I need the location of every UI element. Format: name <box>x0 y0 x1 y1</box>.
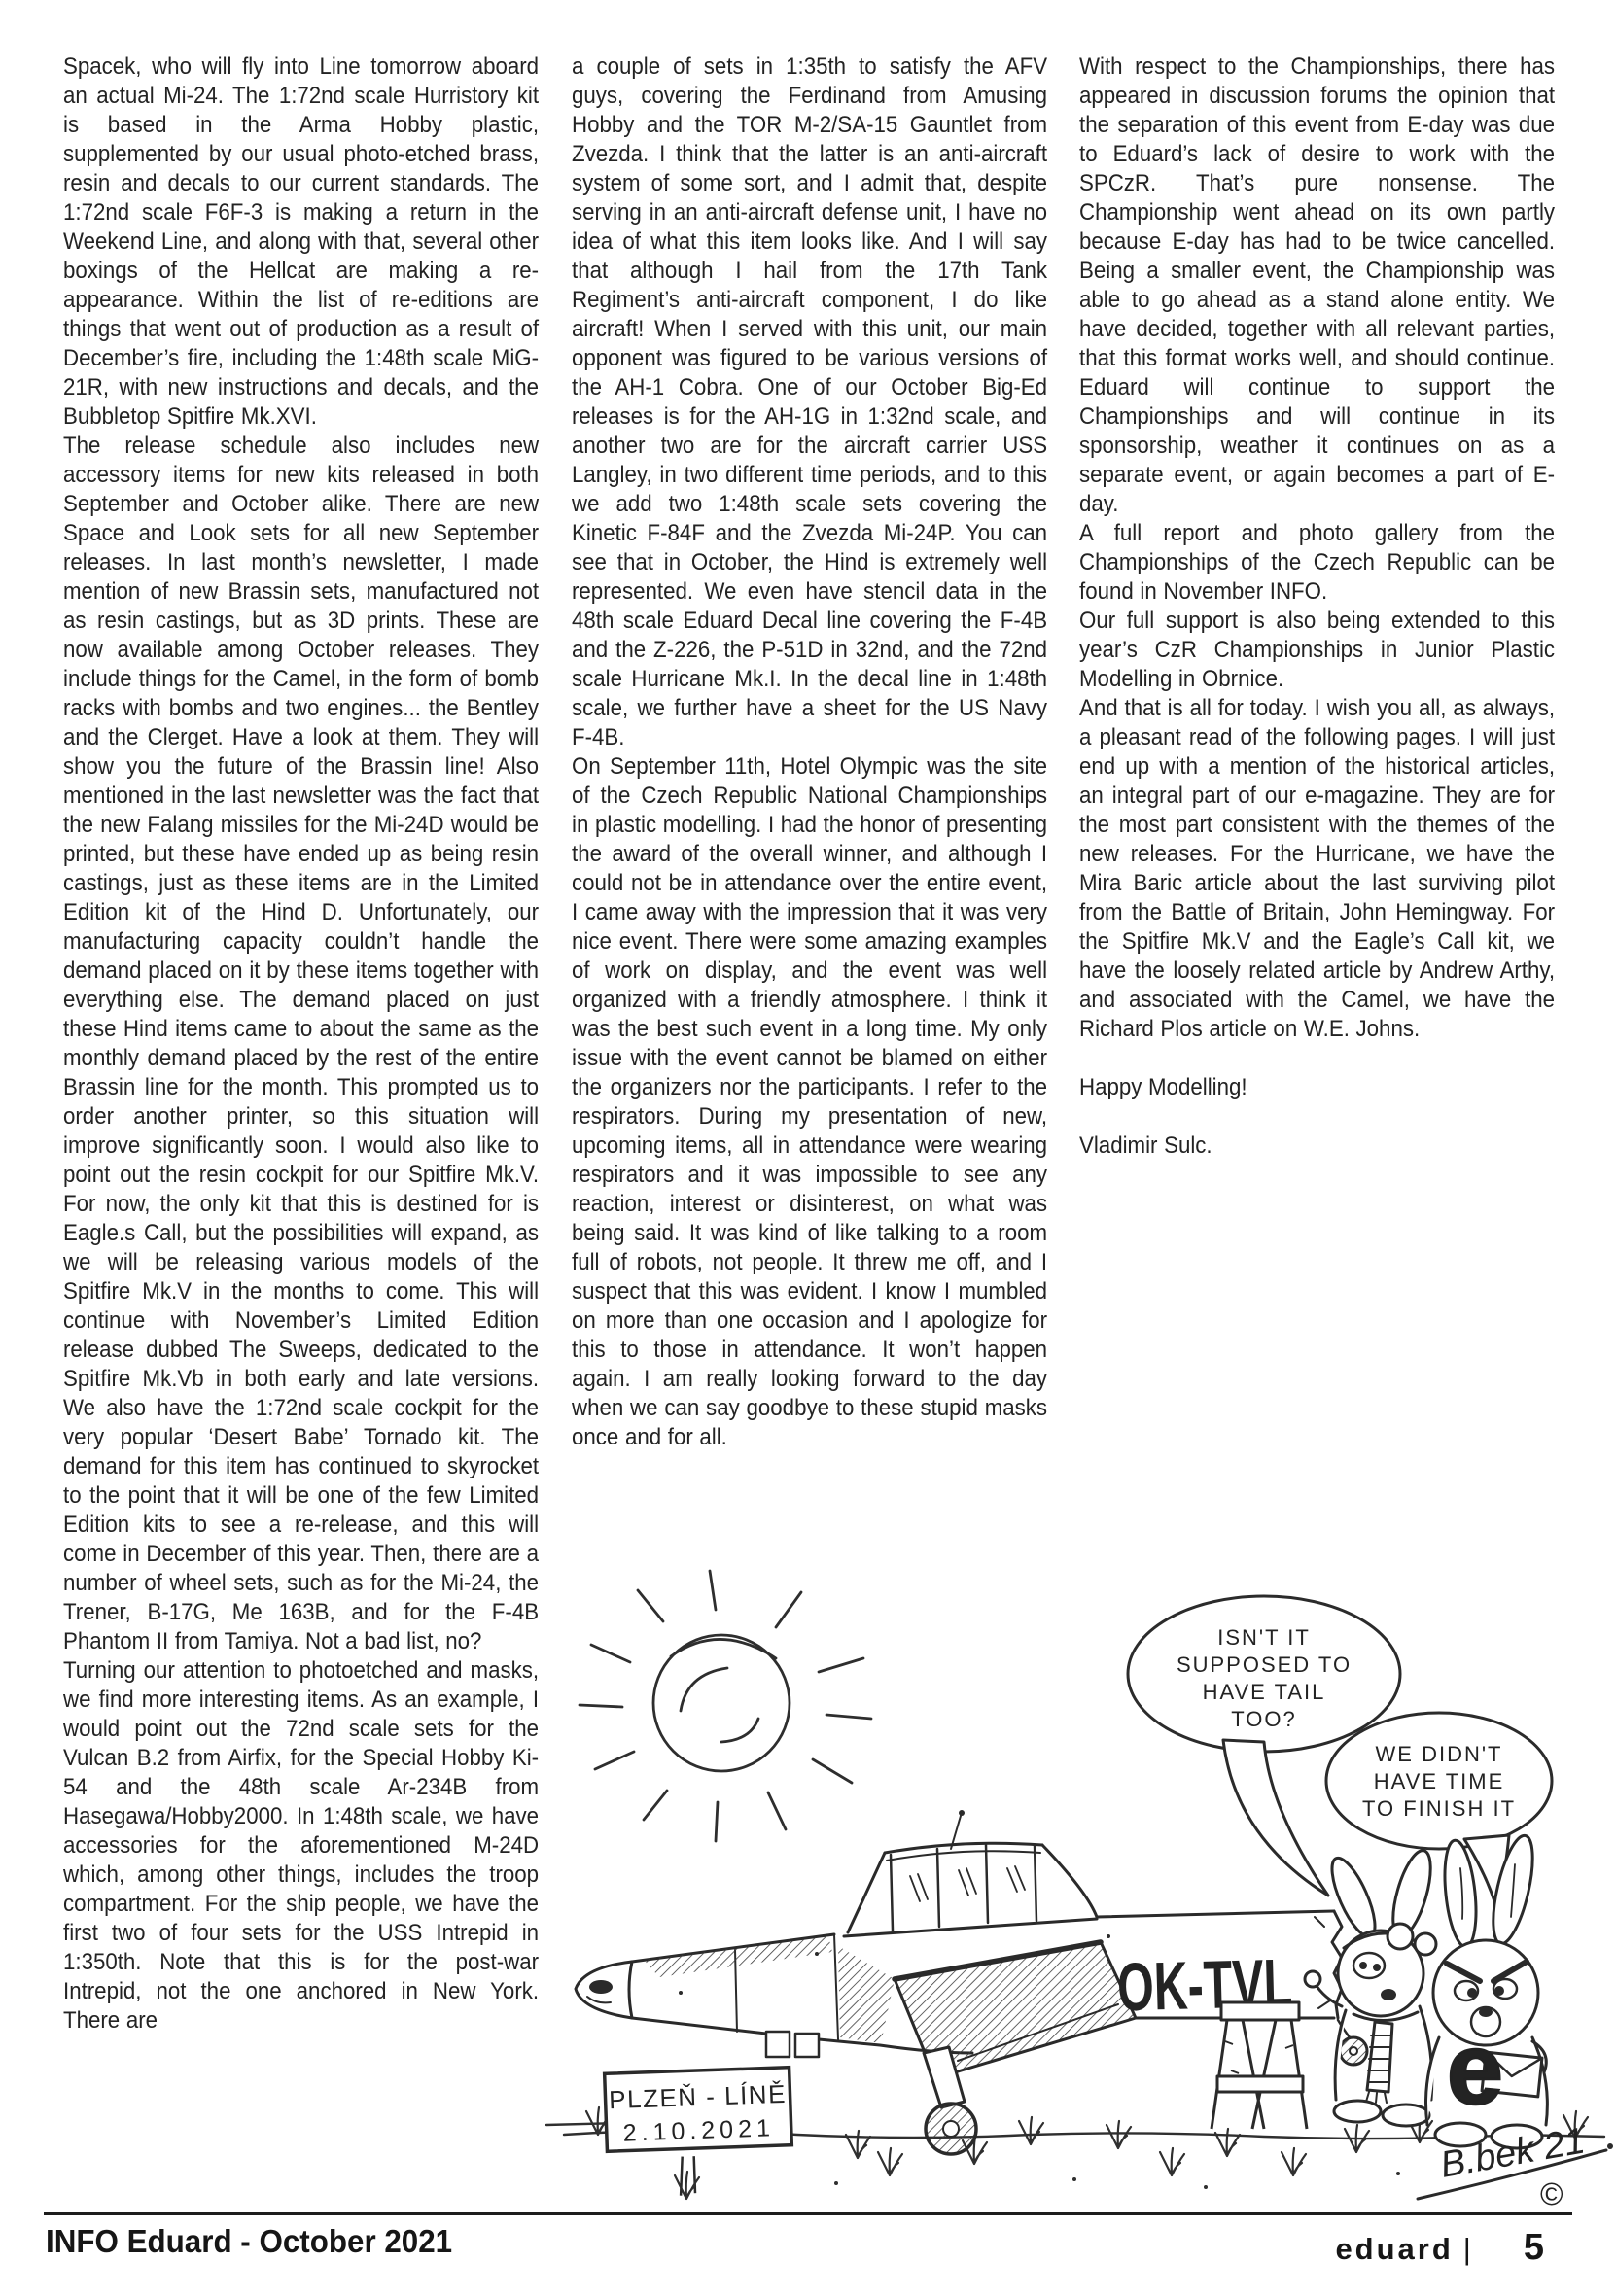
sign-location-text: PLZEŇ - LÍNĚ <box>609 2079 788 2114</box>
bubble-left-line3: HAVE TAIL <box>1203 1680 1326 1704</box>
body-paragraph: Turning our attention to photoetched and… <box>63 1656 539 2035</box>
body-paragraph: On September 11th, Hotel Olympic was the… <box>572 752 1047 1452</box>
footer-issue-title: INFO Eduard - October 2021 <box>46 2223 452 2260</box>
body-paragraph: The release schedule also includes new a… <box>63 432 539 1656</box>
eduard-logo-letter: e <box>1447 2013 1503 2126</box>
body-paragraph: With respect to the Championships, there… <box>1079 52 1555 519</box>
sun-sketch <box>580 1571 871 1841</box>
body-paragraph: A full report and photo gallery from the… <box>1079 519 1555 607</box>
text-column-3: With respect to the Championships, there… <box>1079 52 1592 1161</box>
body-paragraph: And that is all for today. I wish you al… <box>1079 694 1555 1044</box>
copyright-icon: © <box>1540 2176 1563 2211</box>
footer-separator: | <box>1463 2232 1471 2267</box>
body-paragraph: Our full support is also being extended … <box>1079 607 1555 694</box>
bubble-right-line2: HAVE TIME <box>1374 1769 1505 1793</box>
cartoon-illustration: ISN'T IT SUPPOSED TO HAVE TAIL TOO? WE D… <box>545 1551 1616 2212</box>
author-signature-line: Vladimir Sulc. <box>1079 1131 1555 1161</box>
bubble-left-line4: TOO? <box>1231 1707 1297 1731</box>
bubble-left-line1: ISN'T IT <box>1217 1625 1311 1650</box>
bubble-right-line3: TO FINISH IT <box>1362 1796 1516 1821</box>
page-number: 5 <box>1524 2227 1544 2269</box>
body-paragraph: Spacek, who will fly into Line tomorrow … <box>63 52 539 432</box>
text-column-1: Spacek, who will fly into Line tomorrow … <box>63 52 576 2035</box>
eduard-wordmark: eduard <box>1335 2232 1453 2267</box>
bubble-left-line2: SUPPOSED TO <box>1177 1652 1352 1677</box>
sign-date-text: 2.10.2021 <box>622 2114 775 2146</box>
footer-brand-block: eduard | 5 <box>1335 2227 1544 2269</box>
body-paragraph: a couple of sets in 1:35th to satisfy th… <box>572 52 1047 752</box>
trestle-stand <box>1212 2002 1307 2129</box>
bubble-right-line1: WE DIDN'T <box>1376 1742 1503 1766</box>
magazine-page: Spacek, who will fly into Line tomorrow … <box>0 0 1616 2296</box>
text-column-2: a couple of sets in 1:35th to satisfy th… <box>572 52 1084 1452</box>
closing-line: Happy Modelling! <box>1079 1073 1555 1102</box>
footer-rule <box>44 2212 1572 2215</box>
